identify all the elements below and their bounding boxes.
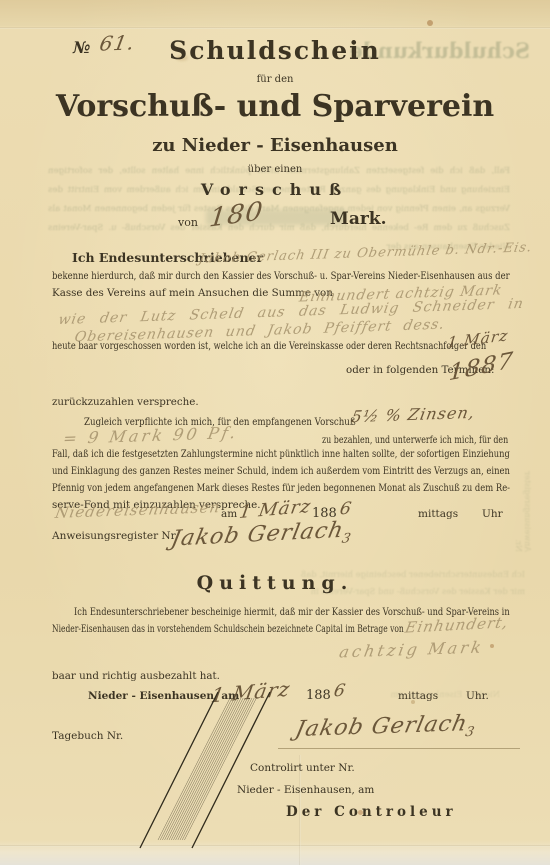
vorschuss-heading: Vorschuß bbox=[0, 180, 550, 199]
body-paragraph-line: und Einklagung des ganzen Restes meiner … bbox=[52, 463, 510, 480]
signature-name: Jakob Gerlach bbox=[293, 711, 470, 742]
body-paragraph-line: heute baar vorgeschossen worden ist, wel… bbox=[52, 338, 486, 355]
controleur-label: Der Controleur bbox=[286, 804, 457, 820]
controlirt-label: Controlirt unter Nr. bbox=[250, 762, 355, 774]
zurueck-line: zurückzuzahlen verspreche. bbox=[52, 394, 199, 411]
uhr-label: Uhr bbox=[482, 508, 503, 520]
signature-number: 3 bbox=[340, 531, 352, 546]
paid-line: baar und richtig ausbezahlt hat. bbox=[52, 668, 220, 685]
paragraph-text: bekenne hierdurch, daß mir durch den Kas… bbox=[52, 268, 510, 285]
fold-crease bbox=[0, 27, 550, 29]
schuldschein-document: Schuldurkunde Fall, daß ich die festgese… bbox=[0, 0, 550, 865]
paragraph-text: Kasse des Vereins auf mein Ansuchen die … bbox=[52, 287, 333, 299]
termin-day-handwriting: 1 März bbox=[446, 326, 509, 351]
signature-handwriting: Jakob Gerlach3 bbox=[168, 517, 356, 555]
quittung-amount-handwriting: achtzig Mark bbox=[338, 638, 486, 662]
body-paragraph-line: Fall, daß ich die festgesetzten Zahlungs… bbox=[52, 446, 510, 463]
quittung-heading: Quittung. bbox=[0, 572, 550, 594]
am-label: am bbox=[221, 508, 237, 520]
paragraph-text: Fall, daß ich die festgesetzten Zahlungs… bbox=[52, 446, 510, 463]
title-subline: für den bbox=[0, 74, 550, 85]
controleur-place-label: Nieder - Eisenhausen, am bbox=[237, 784, 374, 796]
paper-stain bbox=[490, 644, 494, 648]
organization-place: zu Nieder - Eisenhausen bbox=[0, 135, 550, 156]
quittung-paragraph-line: Nieder-Eisenhausen das in vorstehendem S… bbox=[52, 621, 404, 638]
quittung-mittags-label: mittags bbox=[398, 690, 438, 702]
year-handwriting: 6 bbox=[338, 499, 353, 519]
fold-crease bbox=[0, 845, 550, 847]
document-title: Schuldschein bbox=[0, 36, 550, 65]
paragraph-text: und Einklagung des ganzen Restes meiner … bbox=[52, 463, 510, 480]
paper-stain bbox=[427, 20, 433, 26]
tagebuch-label: Tagebuch Nr. bbox=[52, 730, 123, 742]
quittung-year-printed: 188 bbox=[306, 688, 331, 703]
paragraph-text: heute baar vorgeschossen worden ist, wel… bbox=[52, 338, 486, 355]
anweisungsregister-label: Anweisungsregister Nr. bbox=[52, 530, 178, 542]
body-paragraph-line: Pfennig von jedem angefangenen Mark dies… bbox=[52, 480, 510, 497]
quittung-uhr-label: Uhr. bbox=[466, 690, 489, 702]
zins-handwriting: 5½ % Zinsen, bbox=[350, 403, 477, 426]
von-label: von bbox=[178, 216, 198, 229]
mittags-label: mittags bbox=[418, 508, 458, 520]
paragraph-text: Nieder-Eisenhausen das in vorstehendem S… bbox=[52, 621, 404, 638]
ueber-einen-label: über einen bbox=[0, 164, 550, 175]
mark-label: Mark. bbox=[330, 209, 387, 229]
signature-name: Jakob Gerlach bbox=[169, 518, 346, 552]
paragraph-text: Pfennig von jedem angefangenen Mark dies… bbox=[52, 480, 510, 497]
body-paragraph-line: bekenne hierdurch, daß mir durch den Kas… bbox=[52, 268, 510, 285]
bleedthrough-text: Anweisungsregister Nr. bbox=[514, 462, 532, 552]
organization-name: Vorschuß- und Sparverein bbox=[0, 89, 550, 124]
